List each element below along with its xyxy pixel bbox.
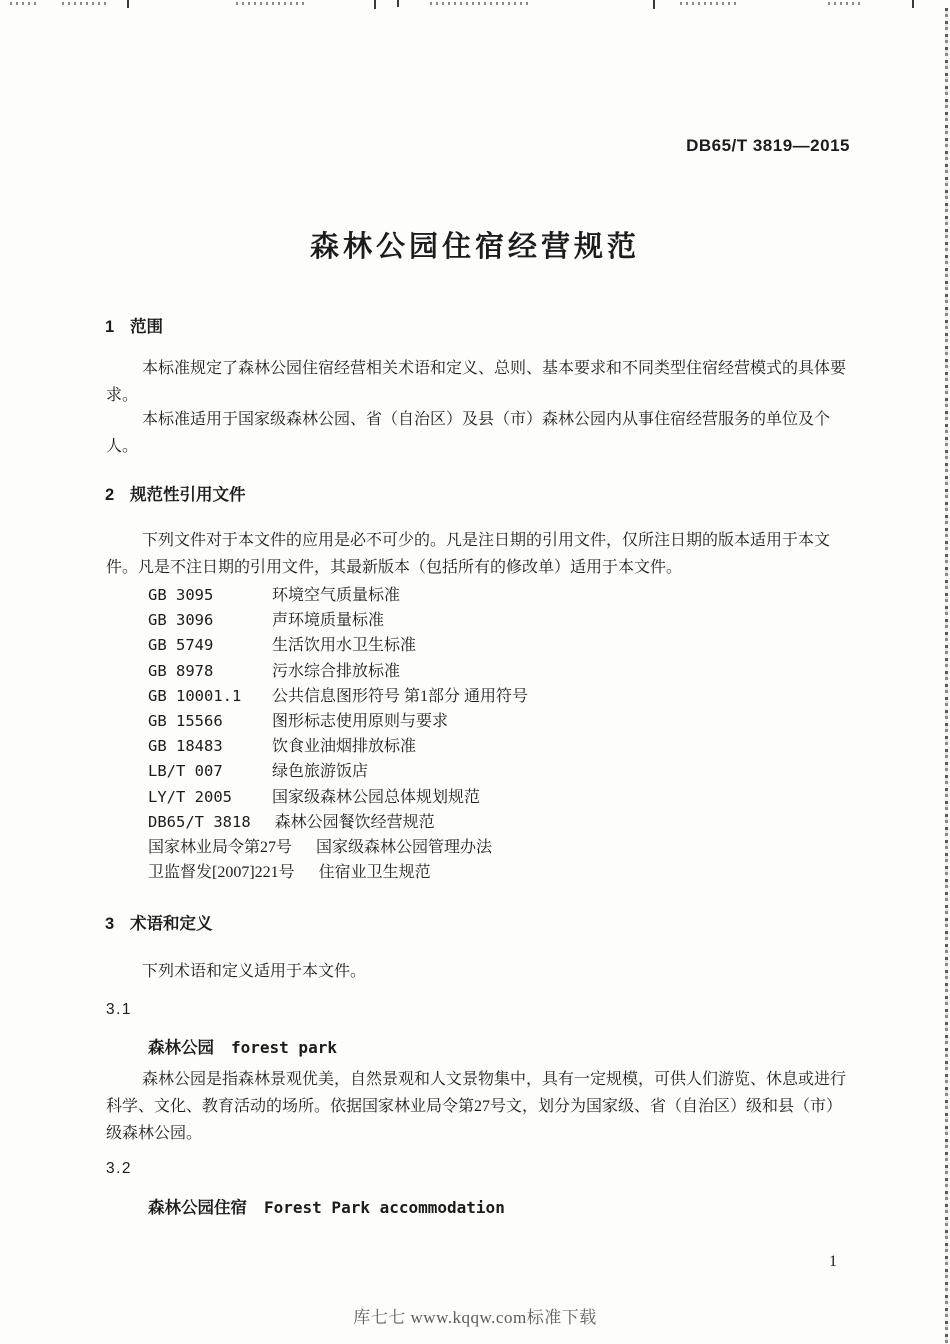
term-zh: 森林公园住宿 [148,1199,247,1217]
reference-code: GB 10001.1 [148,684,248,709]
scan-edge-line [945,8,948,1344]
page-number: 1 [829,1253,837,1271]
reference-name: 环境空气质量标准 [272,583,400,608]
scan-tick [653,0,655,9]
watermark-text: 库七七 www.kqqw.com标准下载 [0,1303,950,1328]
document-page: DB65/T 3819—2015 森林公园住宿经营规范 1范围 本标准规定了森林… [0,0,950,1344]
reference-item: GB 8978 污水综合排放标准 [148,659,868,684]
reference-item: GB 3096 声环境质量标准 [148,608,868,633]
section-heading-terms: 3术语和定义 [105,910,213,934]
term-entry: 森林公园forest park [148,1034,337,1058]
scan-ticks [62,2,110,5]
term-zh: 森林公园 [148,1039,214,1057]
term-number: 3.1 [106,1001,132,1019]
section-heading-scope: 1范围 [105,313,163,337]
reference-name: 国家级森林公园管理办法 [316,835,492,860]
references-list: GB 3095 环境空气质量标准 GB 3096 声环境质量标准 GB 5749… [148,583,868,885]
reference-code: DB65/T 3818 [148,810,251,835]
reference-code: LY/T 2005 [148,785,248,810]
reference-name: 图形标志使用原则与要求 [272,709,448,734]
scope-paragraph-1: 本标准规定了森林公园住宿经营相关术语和定义、总则、基本要求和不同类型住宿经营模式… [106,355,846,409]
reference-item: 卫监督发[2007]221号 住宿业卫生规范 [148,860,868,885]
reference-item: GB 3095 环境空气质量标准 [148,583,868,608]
standard-code: DB65/T 3819—2015 [686,136,850,156]
reference-code: 国家林业局令第27号 [148,835,292,860]
reference-code: LB/T 007 [148,759,248,784]
scan-ticks [680,2,736,5]
reference-item: GB 18483 饮食业油烟排放标准 [148,734,868,759]
term-definition: 森林公园是指森林景观优美，自然景观和人文景物集中，具有一定规模，可供人们游览、休… [106,1066,846,1147]
section-heading-references: 2规范性引用文件 [105,481,246,505]
reference-code: GB 5749 [148,633,248,658]
scan-tick [912,0,914,8]
reference-name: 公共信息图形符号 第1部分 通用符号 [272,684,528,709]
section-title: 范围 [130,318,163,336]
reference-code: GB 3095 [148,583,248,608]
section-number: 1 [105,318,117,337]
reference-item: GB 10001.1 公共信息图形符号 第1部分 通用符号 [148,684,868,709]
reference-name: 声环境质量标准 [272,608,384,633]
reference-name: 国家级森林公园总体规划规范 [272,785,480,810]
references-intro: 下列文件对于本文件的应用是必不可少的。凡是注日期的引用文件，仅所注日期的版本适用… [106,527,846,581]
reference-item: GB 15566 图形标志使用原则与要求 [148,709,868,734]
reference-item: LY/T 2005 国家级森林公园总体规划规范 [148,785,868,810]
scan-ticks [10,2,38,5]
terms-intro: 下列术语和定义适用于本文件。 [106,958,846,985]
scan-tick [397,0,399,7]
term-en: Forest Park accommodation [264,1198,505,1217]
term-entry: 森林公园住宿Forest Park accommodation [148,1194,505,1218]
scan-ticks [430,2,532,5]
term-en: forest park [231,1038,337,1057]
reference-item: LB/T 007 绿色旅游饭店 [148,759,868,784]
reference-code: 卫监督发[2007]221号 [148,860,295,885]
scan-ticks [828,2,860,5]
page-title: 森林公园住宿经营规范 [0,224,950,265]
section-number: 3 [105,915,117,934]
scan-tick [127,0,129,8]
section-number: 2 [105,486,117,505]
term-number: 3.2 [106,1160,132,1178]
section-title: 术语和定义 [130,915,213,933]
section-title: 规范性引用文件 [130,486,246,504]
reference-name: 绿色旅游饭店 [272,759,368,784]
reference-code: GB 3096 [148,608,248,633]
reference-name: 住宿业卫生规范 [319,860,431,885]
reference-name: 饮食业油烟排放标准 [272,734,416,759]
reference-name: 生活饮用水卫生标准 [272,633,416,658]
reference-code: GB 18483 [148,734,248,759]
reference-code: GB 15566 [148,709,248,734]
reference-item: 国家林业局令第27号 国家级森林公园管理办法 [148,835,868,860]
scope-paragraph-2: 本标准适用于国家级森林公园、省（自治区）及县（市）森林公园内从事住宿经营服务的单… [106,406,846,460]
reference-name: 污水综合排放标准 [272,659,400,684]
reference-code: GB 8978 [148,659,248,684]
scan-ticks [236,2,304,5]
reference-item: DB65/T 3818 森林公园餐饮经营规范 [148,810,868,835]
reference-name: 森林公园餐饮经营规范 [275,810,435,835]
reference-item: GB 5749 生活饮用水卫生标准 [148,633,868,658]
scan-tick [374,0,376,9]
